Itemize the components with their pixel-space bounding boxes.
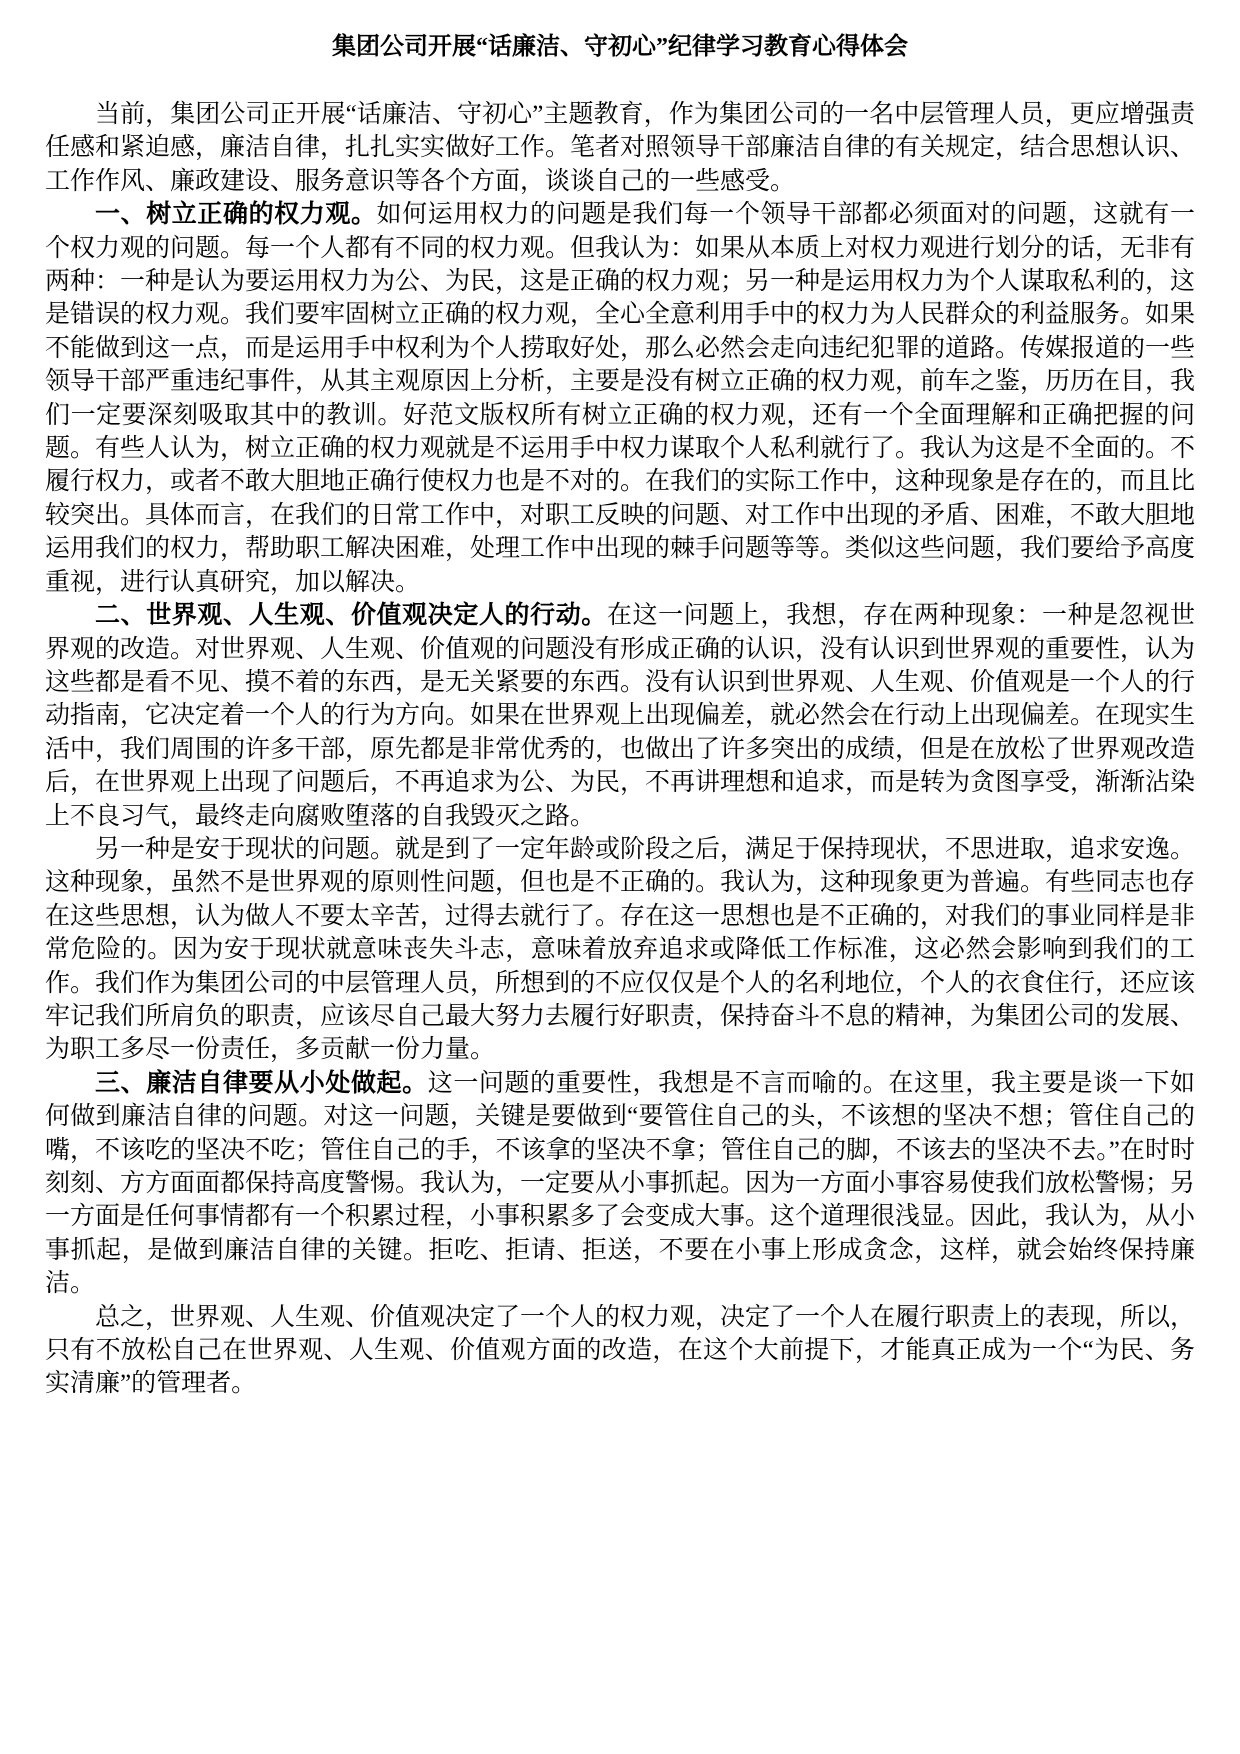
section-heading-2: 二、世界观、人生观、价值观决定人的行动。 [95, 602, 607, 629]
paragraph-text: 另一种是安于现状的问题。就是到了一定年龄或阶段之后，满足于保持现状，不思进取，追… [45, 836, 1195, 1063]
section-heading-1: 一、树立正确的权力观。 [95, 201, 377, 228]
paragraph: 三、廉洁自律要从小处做起。这一问题的重要性，我想是不言而喻的。在这里，我主要是谈… [45, 1067, 1195, 1301]
paragraph-text: 这一问题的重要性，我想是不言而喻的。在这里，我主要是谈一下如何做到廉洁自律的问题… [45, 1070, 1195, 1297]
paragraph-text: 当前，集团公司正开展“话廉洁、守初心”主题教育，作为集团公司的一名中层管理人员，… [45, 101, 1195, 195]
document-page: 集团公司开展“话廉洁、守初心”纪律学习教育心得体会 当前，集团公司正开展“话廉洁… [0, 0, 1240, 1754]
paragraph: 另一种是安于现状的问题。就是到了一定年龄或阶段之后，满足于保持现状，不思进取，追… [45, 833, 1195, 1067]
paragraph-text: 总之，世界观、人生观、价值观决定了一个人的权力观，决定了一个人在履行职责上的表现… [45, 1304, 1195, 1398]
document-title: 集团公司开展“话廉洁、守初心”纪律学习教育心得体会 [45, 32, 1195, 62]
paragraph: 总之，世界观、人生观、价值观决定了一个人的权力观，决定了一个人在履行职责上的表现… [45, 1301, 1195, 1401]
paragraph-text: 在这一问题上，我想，存在两种现象：一种是忽视世界观的改造。对世界观、人生观、价值… [45, 602, 1195, 829]
paragraph: 二、世界观、人生观、价值观决定人的行动。在这一问题上，我想，存在两种现象：一种是… [45, 599, 1195, 833]
section-heading-3: 三、廉洁自律要从小处做起。 [95, 1070, 428, 1097]
paragraph: 当前，集团公司正开展“话廉洁、守初心”主题教育，作为集团公司的一名中层管理人员，… [45, 98, 1195, 198]
paragraph-text: 如何运用权力的问题是我们每一个领导干部都必须面对的问题，这就有一个权力观的问题。… [45, 201, 1195, 595]
paragraph: 一、树立正确的权力观。如何运用权力的问题是我们每一个领导干部都必须面对的问题，这… [45, 198, 1195, 599]
